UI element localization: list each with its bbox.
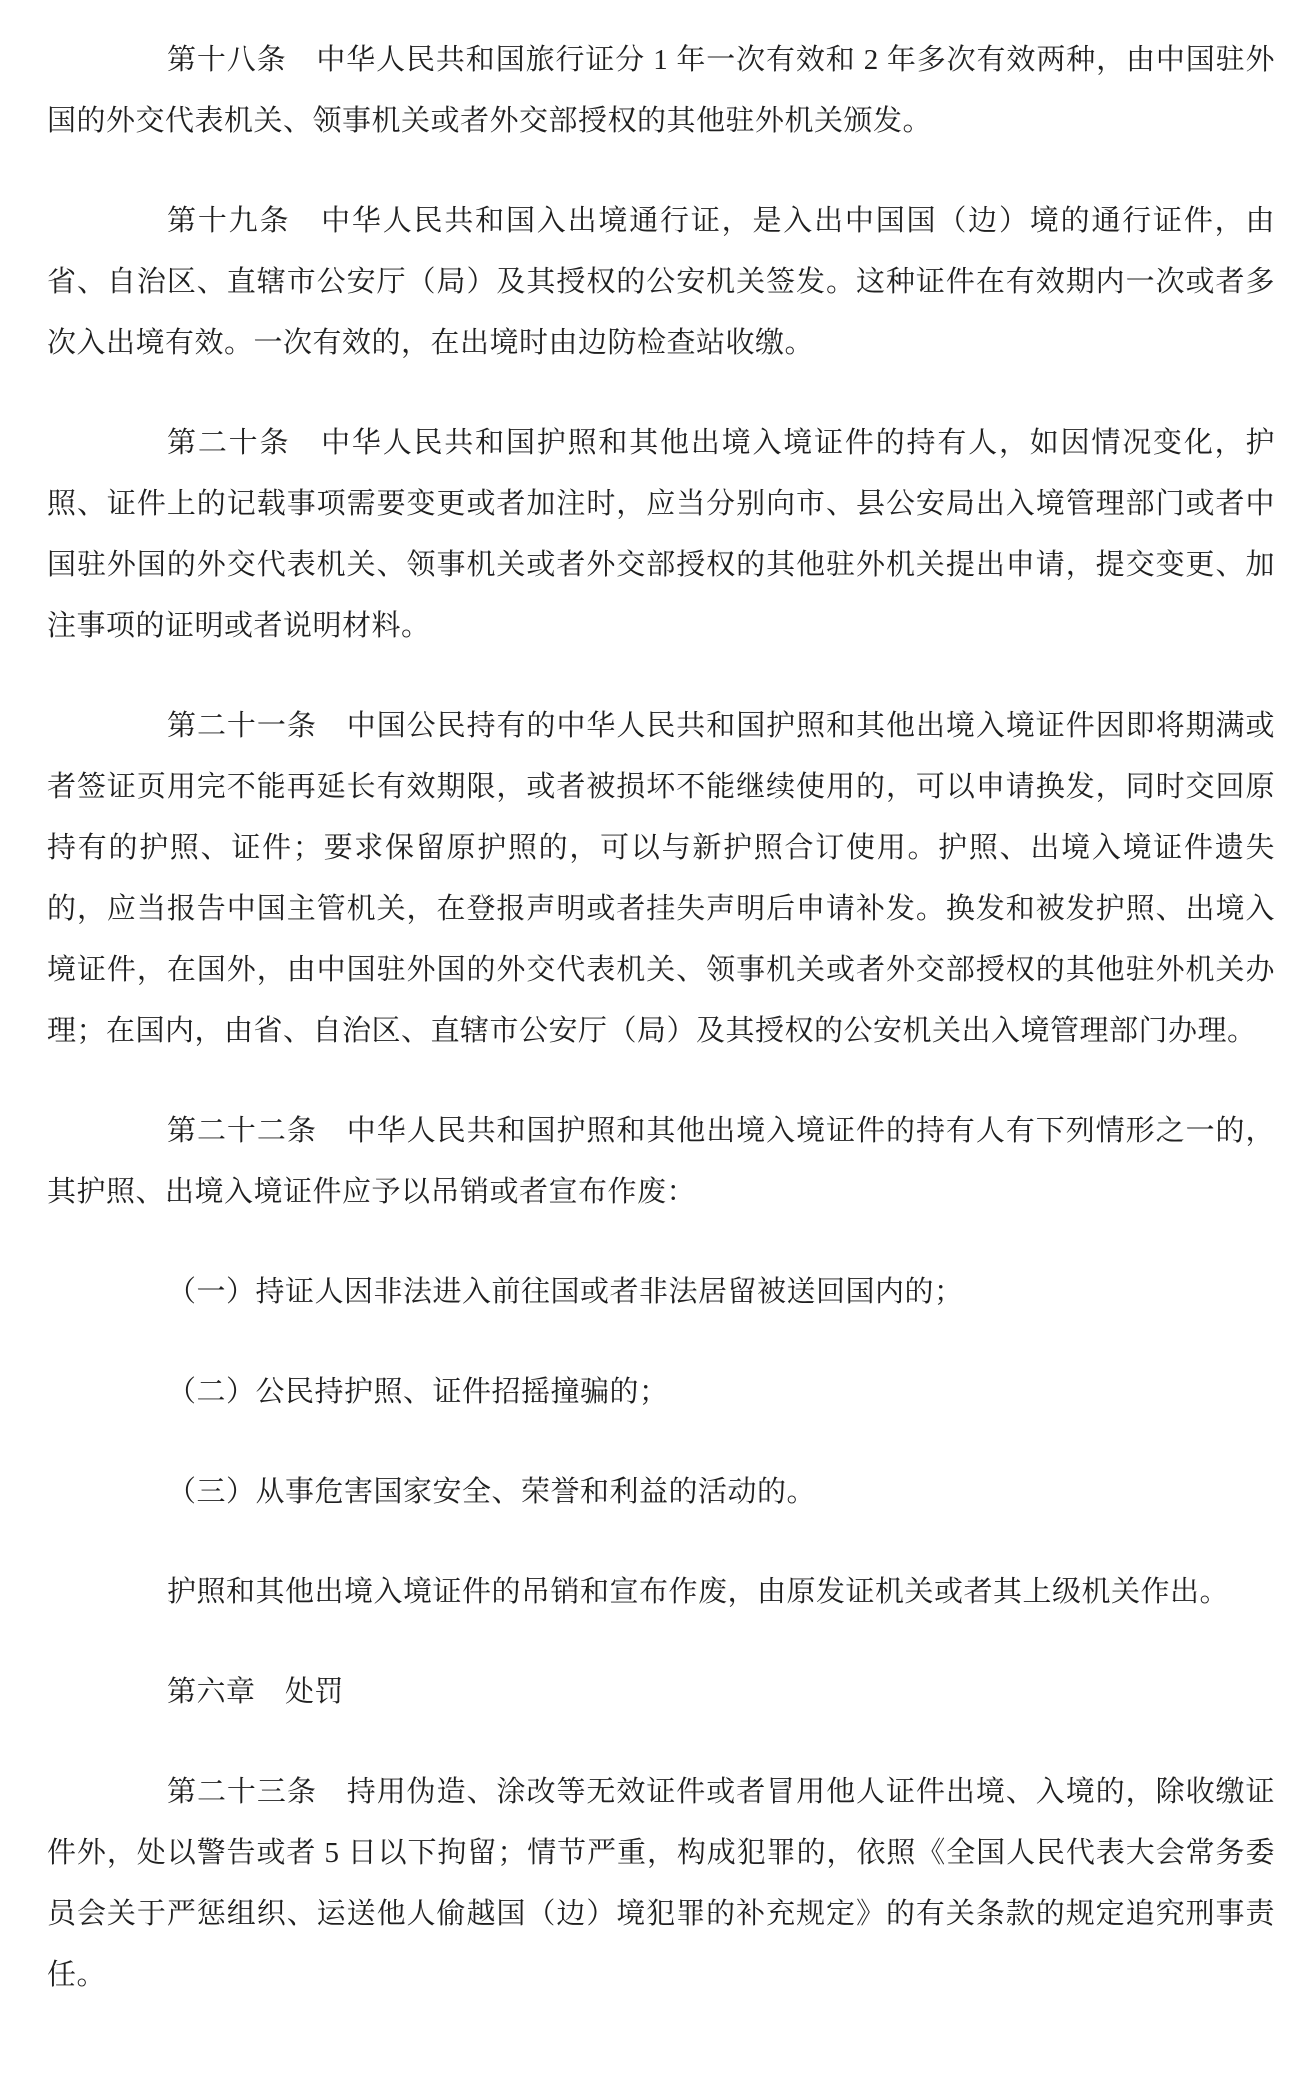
paragraph-article-21: 第二十一条 中国公民持有的中华人民共和国护照和其他出境入境证件因即将期满或者签证… bbox=[47, 696, 1275, 1062]
paragraph-article-22: 第二十二条 中华人民共和国护照和其他出境入境证件的持有人有下列情形之一的，其护照… bbox=[47, 1101, 1275, 1223]
paragraph-article-18: 第十八条 中华人民共和国旅行证分 1 年一次有效和 2 年多次有效两种，由中国驻… bbox=[47, 30, 1275, 152]
list-item-2: （二）公民持护照、证件招摇撞骗的； bbox=[47, 1362, 1275, 1423]
paragraph-article-19: 第十九条 中华人民共和国入出境通行证，是入出中国国（边）境的通行证件，由省、自治… bbox=[47, 191, 1275, 374]
paragraph-article-23: 第二十三条 持用伪造、涂改等无效证件或者冒用他人证件出境、入境的，除收缴证件外，… bbox=[47, 1762, 1275, 2006]
document-page: 第十八条 中华人民共和国旅行证分 1 年一次有效和 2 年多次有效两种，由中国驻… bbox=[0, 0, 1314, 2074]
paragraph-revocation: 护照和其他出境入境证件的吊销和宣布作废，由原发证机关或者其上级机关作出。 bbox=[47, 1562, 1275, 1623]
list-item-3: （三）从事危害国家安全、荣誉和利益的活动的。 bbox=[47, 1462, 1275, 1523]
list-item-1: （一）持证人因非法进入前往国或者非法居留被送回国内的； bbox=[47, 1262, 1275, 1323]
chapter-heading-6: 第六章 处罚 bbox=[47, 1662, 1275, 1723]
paragraph-article-20: 第二十条 中华人民共和国护照和其他出境入境证件的持有人，如因情况变化，护照、证件… bbox=[47, 413, 1275, 657]
